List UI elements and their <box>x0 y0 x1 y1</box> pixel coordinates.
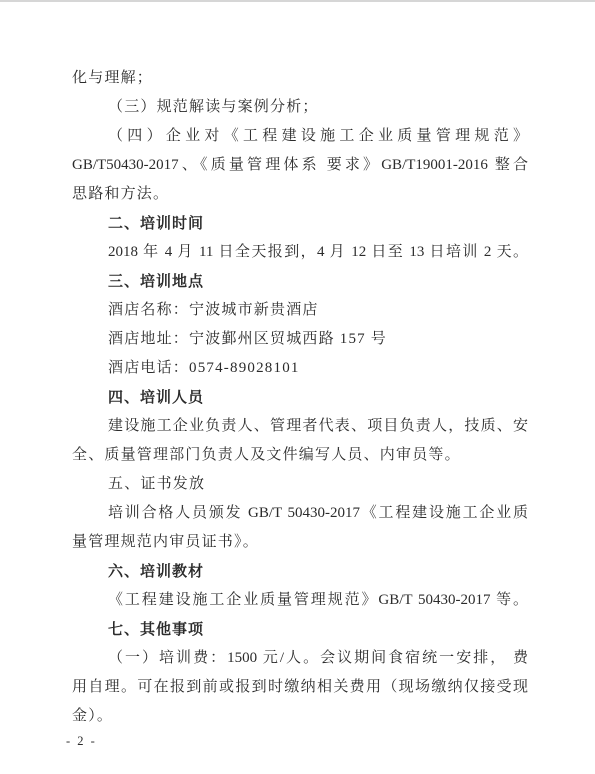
text-line: 全、质量管理部门负责人及文件编写人员、内审员等。 <box>72 441 528 470</box>
text-line: 培训合格人员颁发 GB/T 50430-2017《工程建设施工企业质 <box>72 499 528 528</box>
text-line: （三）规范解读与案例分析； <box>72 93 528 122</box>
text-line: 《工程建设施工企业质量管理规范》GB/T 50430-2017 等。 <box>72 586 528 615</box>
text-line: 量管理规范内审员证书》。 <box>72 528 528 557</box>
page-number: - 2 - <box>66 729 97 753</box>
text-line: 2018 年 4 月 11 日全天报到，4 月 12 日至 13 日培训 2 天… <box>72 238 528 267</box>
document-body: 化与理解；（三）规范解读与案例分析；（四）企业对《工程建设施工企业质量管理规范》… <box>72 64 528 731</box>
text-line: （一）培训费：1500 元/人。会议期间食宿统一安排， 费 <box>72 644 528 673</box>
text-line: 建设施工企业负责人、管理者代表、项目负责人，技质、安 <box>72 412 528 441</box>
section-heading: 六、培训教材 <box>72 557 528 586</box>
text-line: 用自理。可在报到前或报到时缴纳相关费用（现场缴纳仅接受现 <box>72 673 528 702</box>
section-heading: 三、培训地点 <box>72 267 528 296</box>
text-line: 思路和方法。 <box>72 180 528 209</box>
text-line: 酒店电话：0574-89028101 <box>72 354 528 383</box>
section-heading: 五、证书发放 <box>72 470 528 499</box>
section-heading: 二、培训时间 <box>72 209 528 238</box>
section-heading: 七、其他事项 <box>72 615 528 644</box>
section-heading: 四、培训人员 <box>72 383 528 412</box>
text-line: 酒店地址：宁波鄞州区贸城西路 157 号 <box>72 325 528 354</box>
text-line: 金）。 <box>72 702 528 731</box>
text-line: 化与理解； <box>72 64 528 93</box>
scanned-document-page: { "page": { "background_color": "#ffffff… <box>0 0 595 774</box>
page-top-scan-edge <box>0 0 595 2</box>
text-line: （四）企业对《工程建设施工企业质量管理规范》 <box>72 122 528 151</box>
text-line: GB/T50430-2017、《质量管理体系 要求》GB/T19001-2016… <box>72 151 528 180</box>
text-line: 酒店名称：宁波城市新贵酒店 <box>72 296 528 325</box>
